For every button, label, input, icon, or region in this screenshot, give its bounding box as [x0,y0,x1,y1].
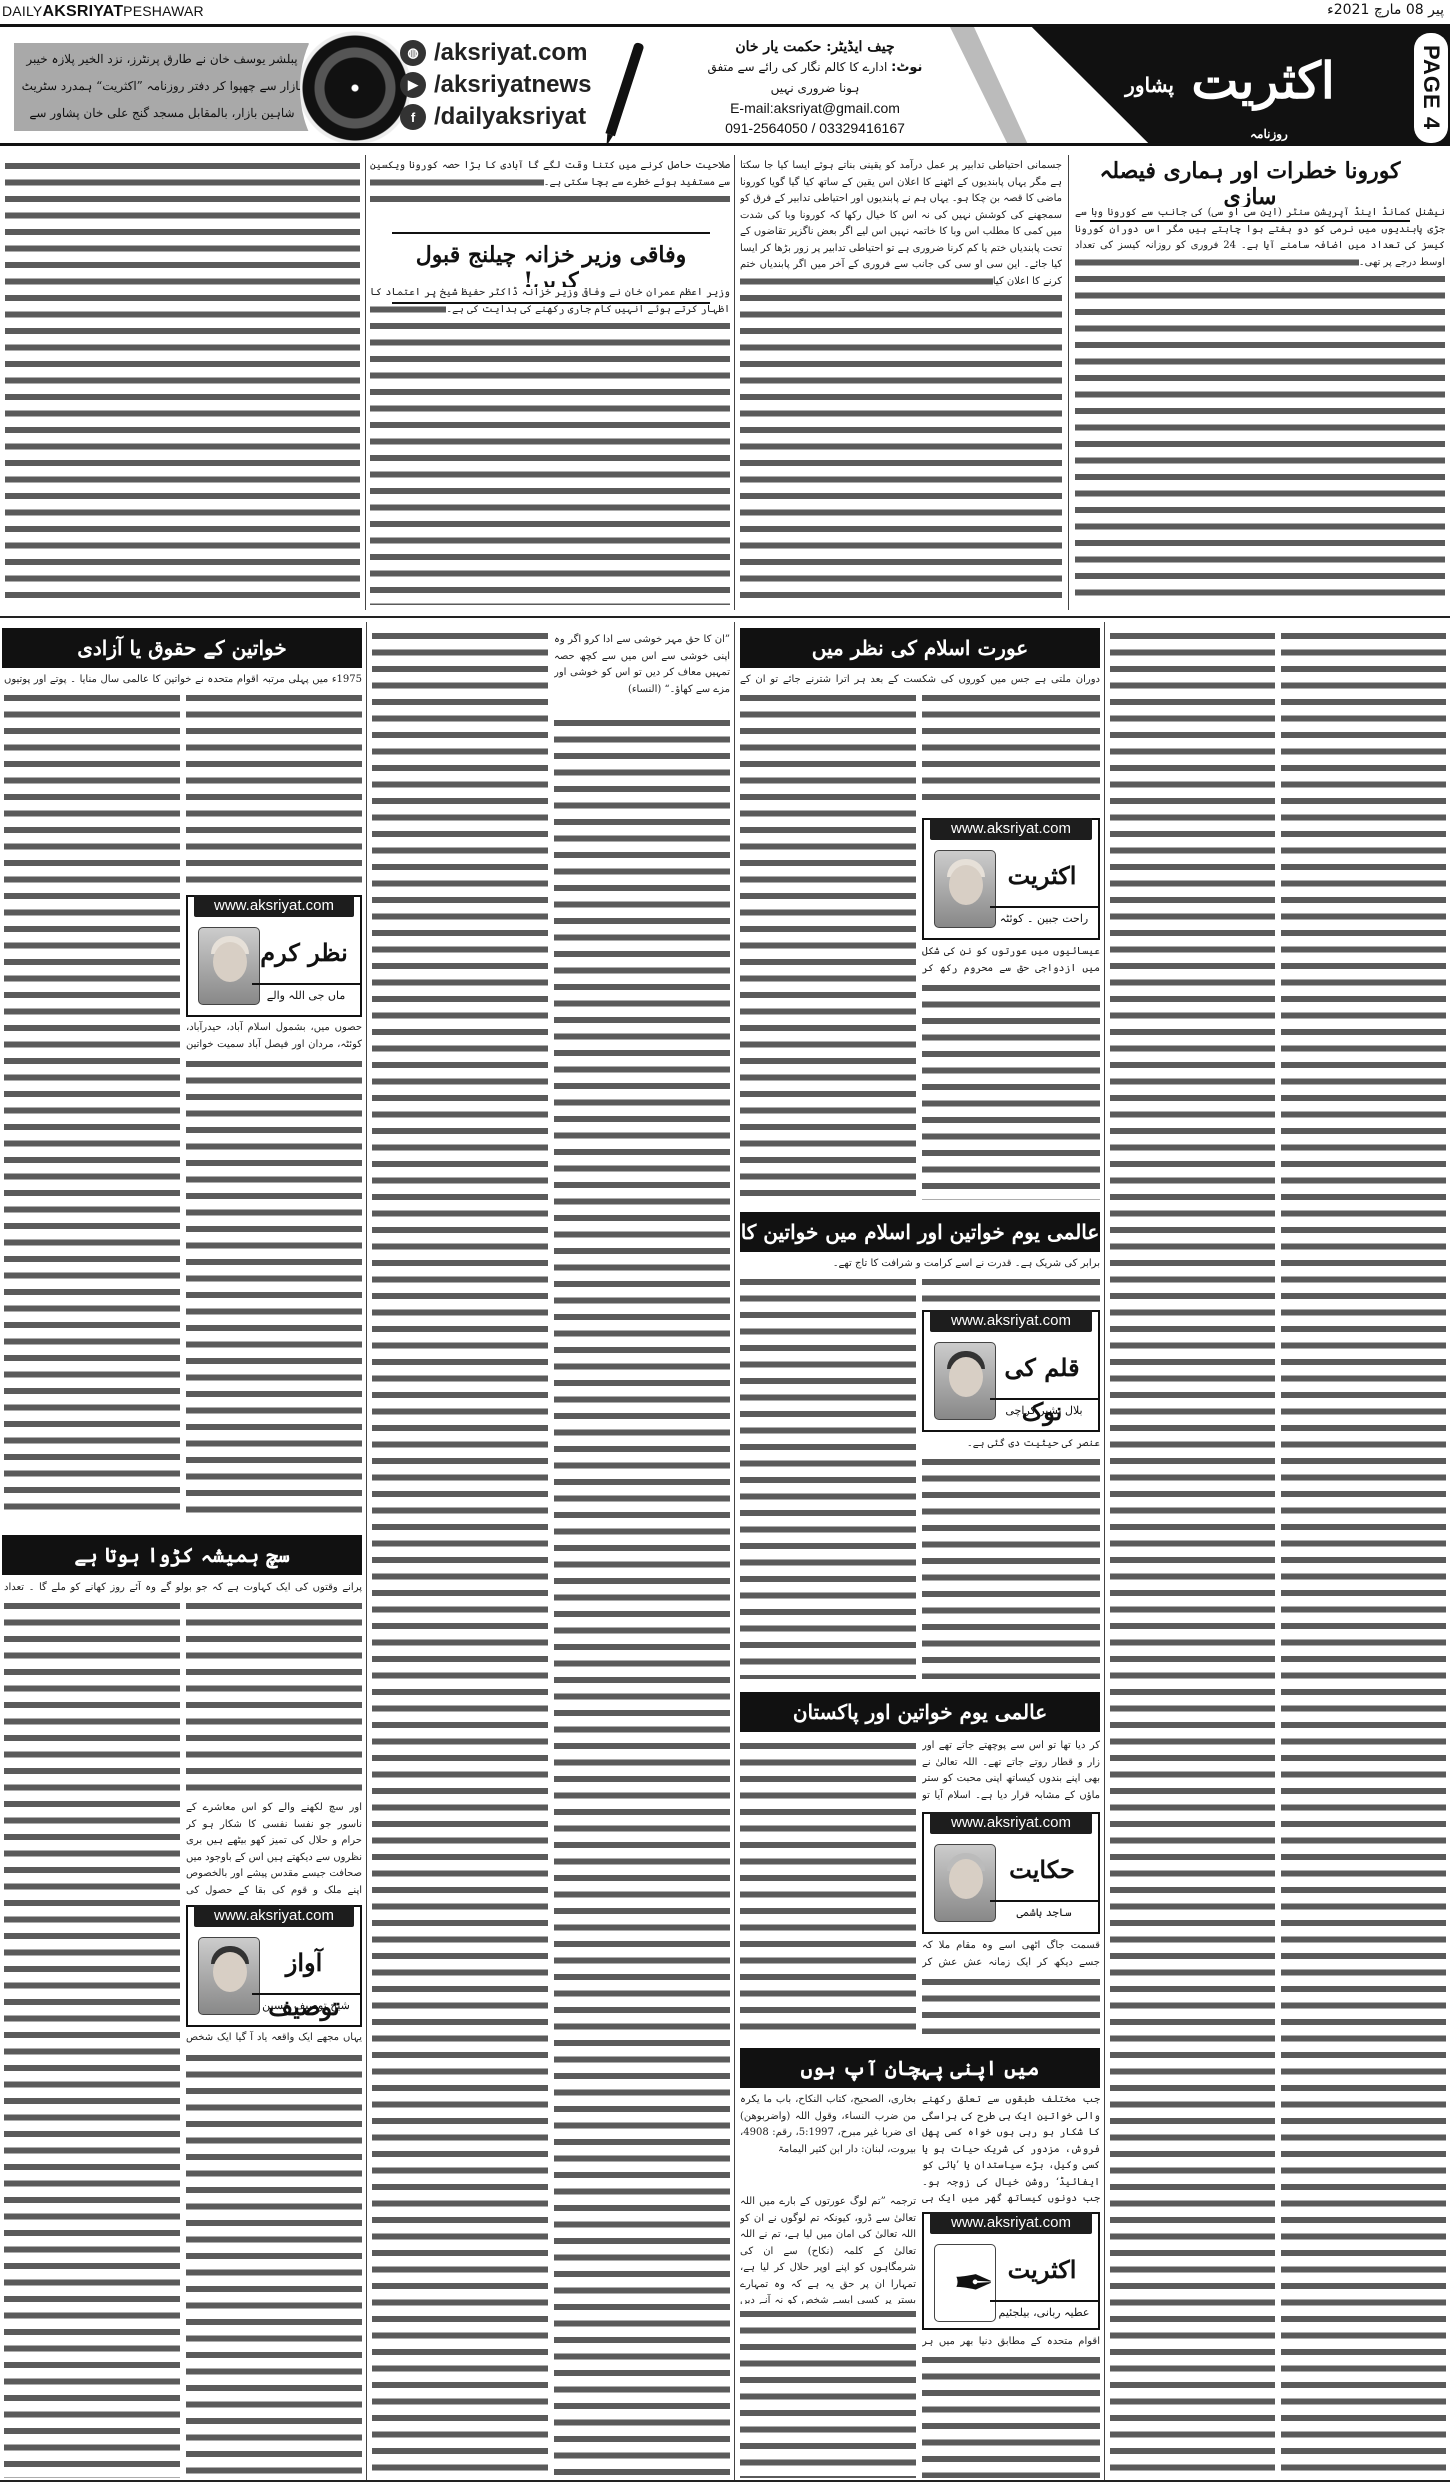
column-title: نظر کرم [254,931,354,975]
quote-block: ”ان کا حق مہر خوشی سے ادا کرو اگر وہ اپن… [554,632,730,712]
column-body-mid-a [372,628,548,2478]
column-headline-aurat: عورت اسلام کی نظر میں [740,628,1100,668]
issue-date: پیر 08 مارچ 2021ء [1327,2,1444,18]
column-body-sach-left [4,1598,180,2478]
column-translation-pehchan: ترجمہ ”تم لوگ عورتوں کے بارے میں اللہ تع… [740,2194,916,2304]
social-link-facebook[interactable]: f/dailyaksriyat [400,101,600,133]
card-url[interactable]: www.aksriyat.com [930,818,1092,840]
card-url[interactable]: www.aksriyat.com [930,2212,1092,2234]
column-trailing-pakistan: قسمت جاگ اٹھی اسے وہ مقام ملا کہ جسے دیک… [922,1938,1100,1972]
byline-card-rahat-jabeen: www.aksriyat.com اکثریت راحت جبین ۔ کوئٹ… [922,818,1100,940]
quill-ink-icon: ✒ [953,2253,995,2313]
column-divider [734,622,735,2482]
page-number-tab: PAGE 4 [1414,33,1448,143]
pen-icon [605,42,644,136]
card-url[interactable]: www.aksriyat.com [930,1812,1092,1834]
column-body-pakistan-more [922,1974,1100,2034]
editorial-body-3: وزیر اعظم عمران خان نے وفاقی وزیر خزانہ … [370,285,730,605]
contact-phone: 091-2564050 / 03329416167 [700,118,930,138]
column-body-aurat-left [740,690,916,1200]
editor-info: چیف ایڈیٹر: حکمت یار خان نوٹ: ادارے کا ک… [700,37,930,138]
column-body-pehchan-more [922,2352,1100,2478]
column-body-mid-b [554,715,730,2478]
column-headline-huqooq: خواتین کے حقوق یا آزادی [2,628,362,668]
quill-image: ✒ [934,2244,996,2322]
column-reference-pehchan: بخاری، الصحیح، کتاب النکاح، باب ما یکرہ … [740,2092,916,2192]
newspaper-logo: اکثریت پشاور روزنامہ [1110,41,1350,141]
column-trailing-samaji: عنصر کی حیثیت دی گئی ہے۔ [922,1436,1100,1452]
author-name: بلال بشیر کراچی [990,1398,1098,1422]
editorial-body-3-intro: صلاحیت حاصل کرنے میں کتنا وقت لگے گا آبا… [370,158,730,206]
column-divider [366,622,367,2482]
contact-email[interactable]: E-mail:aksriyat@gmail.com [700,98,930,118]
column-headline-pehchan: میں اپنی پہچان آپ ہوں [740,2048,1100,2088]
column-lead-aurat: دوران ملتی ہے جس میں کوروں کی شکست کے بع… [740,672,1100,688]
column-body-sach-more [186,2050,362,2478]
column-lead-samaji-maqam: برابر کی شریک ہے۔ قدرت نے اسے کرامت و شر… [740,1256,1100,1272]
column-body-aurat-right [922,690,1100,810]
column-trailing-pehchan: اقوام متحدہ کے مطابق دنیا بھر میں ہر تین… [922,2334,1100,2350]
editorial-body-2: جسمانی احتیاطی تدابیر پر عمل درآمد کو یق… [740,158,1062,608]
column-body-samaji-right [922,1274,1100,1304]
column-precard-sach: اور سچ لکھنے والے کو اس معاشرے کے ناسور … [186,1800,362,1898]
card-url[interactable]: www.aksriyat.com [930,1310,1092,1332]
column-divider [1104,622,1105,2482]
author-photo [934,850,996,928]
column-body-samaji-more [922,1454,1100,1679]
author-name: ساجد ہاشمی [990,1900,1098,1924]
column-title: اکثریت [992,854,1092,898]
author-name: ماں جی اللہ والے [252,983,360,1007]
social-link-website[interactable]: ◍/aksriyat.com [400,37,600,69]
globe-icon: ◍ [400,40,426,66]
byline-card-atia-rabbani: www.aksriyat.com ✒ اکثریت عطیہ ربانی، بی… [922,2212,1100,2330]
column-body-aurat-more [922,980,1100,1200]
editorial-body-1: نیشنل کمانڈ اینڈ آپریشن سنٹر (این سی او … [1075,205,1445,605]
chief-editor: چیف ایڈیٹر: حکمت یار خان [700,37,930,57]
column-divider [365,155,366,610]
brand-name: AKSRIYAT [42,3,123,20]
column-body-pehchan-left [740,2306,916,2478]
masthead: پبلشر یوسف خان نے طارق پرنٹرز، نزد الخیر… [0,24,1450,146]
author-name: عطیہ ربانی، بیلجئیم [990,2300,1098,2324]
author-photo [934,1844,996,1922]
author-photo [198,1937,260,2015]
author-name: راحت جبین ۔ کوئٹہ [990,906,1098,930]
column-title: اکثریت [992,2248,1092,2292]
column-lead-pehchan: جب مختلف طبقوں سے تعلق رکھنے والی خواتین… [922,2092,1100,2210]
byline-card-awaz-tauseef: www.aksriyat.com آواز توصیف شیخ توصیف حس… [186,1905,362,2027]
social-link-youtube[interactable]: ▶/aksriyatnews [400,69,600,101]
column-divider [734,155,735,610]
column-body-huqooq-more [186,1056,362,1520]
publisher-info: پبلشر یوسف خان نے طارق پرنٹرز، نزد الخیر… [14,43,334,131]
column-headline-pakistan: عالمی یوم خواتین اور پاکستان [740,1692,1100,1732]
facebook-icon: f [400,104,426,130]
paper-brand: DAILYAKSRIYATPESHAWAR [2,3,204,21]
column-lead-sach: پرانے وقتوں کی ایک کہاوت ہے کہ جو بولو گ… [4,1580,362,1596]
column-body-samaji-left [740,1274,916,1679]
author-photo [934,1342,996,1420]
column-title: حکایت [992,1848,1092,1892]
column-lead-huqooq: 1975ء میں پہلی مرتبہ اقوام متحدہ نے خوات… [4,672,362,688]
section-divider [0,616,1450,618]
column-body-right-a [1110,628,1275,2478]
author-photo [198,927,260,1005]
column-body-right-b [1281,628,1446,2478]
page-bottom-rule [0,2480,1450,2482]
social-links: ◍/aksriyat.com ▶/aksriyatnews f/dailyaks… [400,37,600,133]
column-body-huqooq-right [186,690,362,890]
card-url[interactable]: www.aksriyat.com [194,895,354,917]
column-trailing-huqooq: حصوں میں، بشمول اسلام آباد، حیدرآباد، کو… [186,1020,362,1054]
column-headline-sach: سچ ہمیشہ کڑوا ہوتا ہے [2,1535,362,1575]
column-body-pakistan-left [740,1738,916,2033]
disclaimer-note: نوٹ: ادارے کا کالم نگار کی رائے سے متفق … [700,57,930,98]
column-body-huqooq-left [4,690,180,1520]
byline-card-qalam-ki-nok: www.aksriyat.com قلم کی نوک بلال بشیر کر… [922,1310,1100,1432]
card-url[interactable]: www.aksriyat.com [194,1905,354,1927]
byline-card-nazar-karam: www.aksriyat.com نظر کرم ماں جی اللہ وال… [186,895,362,1017]
column-body-sach-right [186,1598,362,1798]
top-bar: DAILYAKSRIYATPESHAWAR پیر 08 مارچ 2021ء [0,0,1450,22]
author-name: شیخ توصیف حسین [252,1993,360,2017]
column-trailing-aurat: عیسائیوں میں عورتوں کو نن کی شکل میں ازد… [922,944,1100,978]
youtube-icon: ▶ [400,72,426,98]
byline-card-hikayat: www.aksriyat.com حکایت ساجد ہاشمی [922,1812,1100,1934]
column-precard-pakistan: کر دیا تھا تو اس سے پوچھتے جاتے تھے اور … [922,1738,1100,1802]
column-trailing-sach: یہاں مجھے ایک واقعہ یاد آ گیا ایک شخص نے… [186,2030,362,2048]
decorative-disc-icon [300,24,410,146]
editorial-body-4 [5,158,360,608]
column-divider [1068,155,1069,610]
column-headline-samaji-maqam: عالمی یوم خواتین اور اسلام میں خواتین کا… [740,1212,1100,1252]
